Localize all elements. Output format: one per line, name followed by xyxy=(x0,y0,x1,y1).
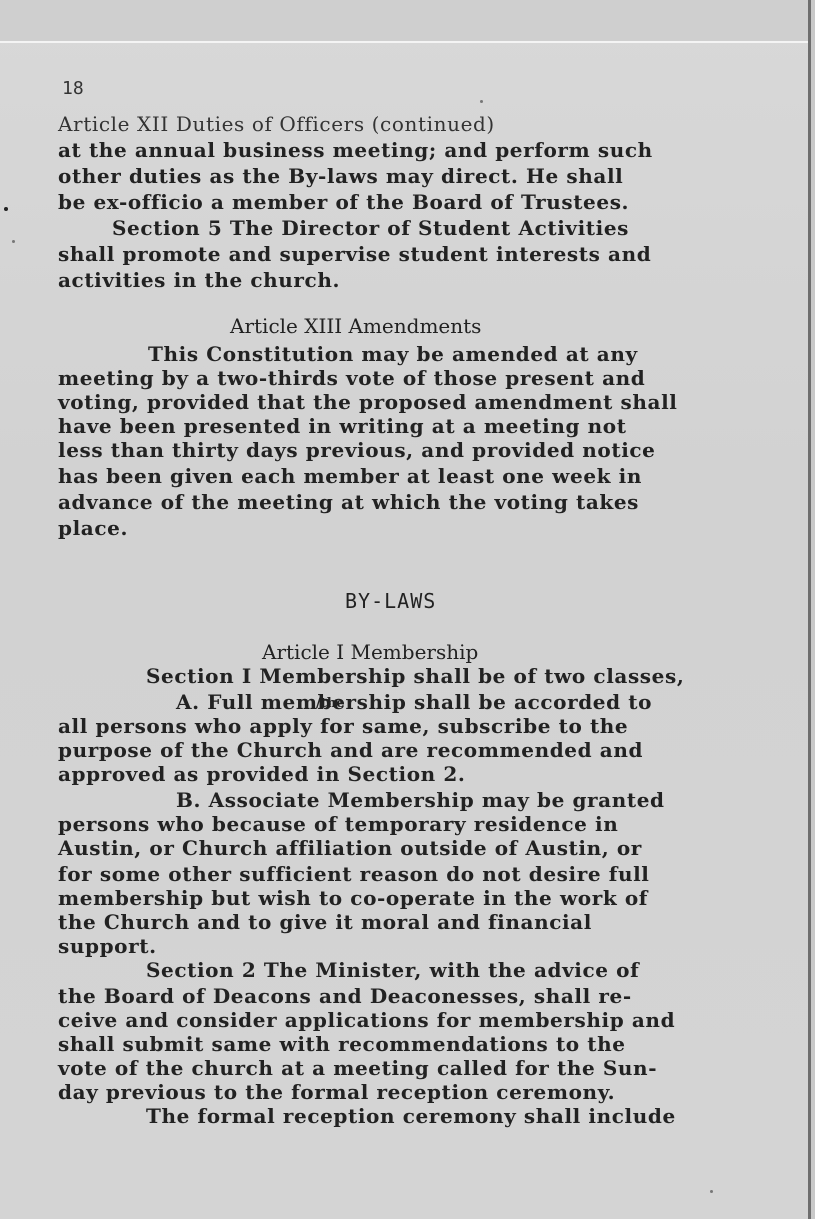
text-line: B. Associate Membership may be granted xyxy=(176,788,665,812)
text-line: place. xyxy=(58,516,128,540)
text-line: ceive and consider applications for memb… xyxy=(58,1008,675,1032)
scan-speck xyxy=(480,100,483,103)
text-line: A. Full membership shall be accorded to xyxy=(176,690,652,714)
text-line: voting, provided that the proposed amend… xyxy=(58,390,677,414)
section-1-heading: Section I Membership shall be of two cla… xyxy=(146,664,684,688)
text-line: has been given each member at least one … xyxy=(58,464,642,488)
text-line: Austin, or Church affiliation outside of… xyxy=(58,836,642,860)
scan-speck xyxy=(12,240,15,243)
handwritten-insert: /the xyxy=(316,696,344,711)
article-i-heading: Article I Membership xyxy=(262,640,478,664)
section-5-heading: Section 5 The Director of Student Activi… xyxy=(112,216,629,240)
document-page: 18 Article XII Duties of Officers (conti… xyxy=(0,0,811,1219)
text-line: support. xyxy=(58,934,157,958)
text-line: advance of the meeting at which the voti… xyxy=(58,490,639,514)
text-line: have been presented in writing at a meet… xyxy=(58,414,627,438)
text-line: shall promote and supervise student inte… xyxy=(58,242,651,266)
section-2-heading: Section 2 The Minister, with the advice … xyxy=(146,958,639,982)
running-header: Article XII Duties of Officers (continue… xyxy=(58,112,495,136)
text-line: day previous to the formal reception cer… xyxy=(58,1080,615,1104)
text-line: purpose of the Church and are recommende… xyxy=(58,738,643,762)
text-line: at the annual business meeting; and perf… xyxy=(58,138,653,162)
text-line: This Constitution may be amended at any xyxy=(148,342,638,366)
page-number: 18 xyxy=(62,78,84,99)
text-line: meeting by a two-thirds vote of those pr… xyxy=(58,366,645,390)
text-line: the Church and to give it moral and fina… xyxy=(58,910,592,934)
margin-mark xyxy=(4,207,8,211)
text-line: shall submit same with recommendations t… xyxy=(58,1032,626,1056)
article-xiii-heading: Article XIII Amendments xyxy=(230,314,481,338)
text-line: persons who because of temporary residen… xyxy=(58,812,618,836)
scan-top-band xyxy=(0,0,808,43)
text-line: vote of the church at a meeting called f… xyxy=(58,1056,657,1080)
text-line: be ex-officio a member of the Board of T… xyxy=(58,190,629,214)
text-line: activities in the church. xyxy=(58,268,340,292)
scan-speck xyxy=(710,1190,713,1193)
text-line: approved as provided in Section 2. xyxy=(58,762,465,786)
text-line: all persons who apply for same, subscrib… xyxy=(58,714,628,738)
text-line: less than thirty days previous, and prov… xyxy=(58,438,656,462)
text-line: other duties as the By-laws may direct. … xyxy=(58,164,623,188)
text-line: the Board of Deacons and Deaconesses, sh… xyxy=(58,984,632,1008)
text-line: The formal reception ceremony shall incl… xyxy=(146,1104,676,1128)
text-line: membership but wish to co-operate in the… xyxy=(58,886,648,910)
text-line: for some other sufficient reason do not … xyxy=(58,862,650,886)
bylaws-title: BY-LAWS xyxy=(345,589,436,613)
